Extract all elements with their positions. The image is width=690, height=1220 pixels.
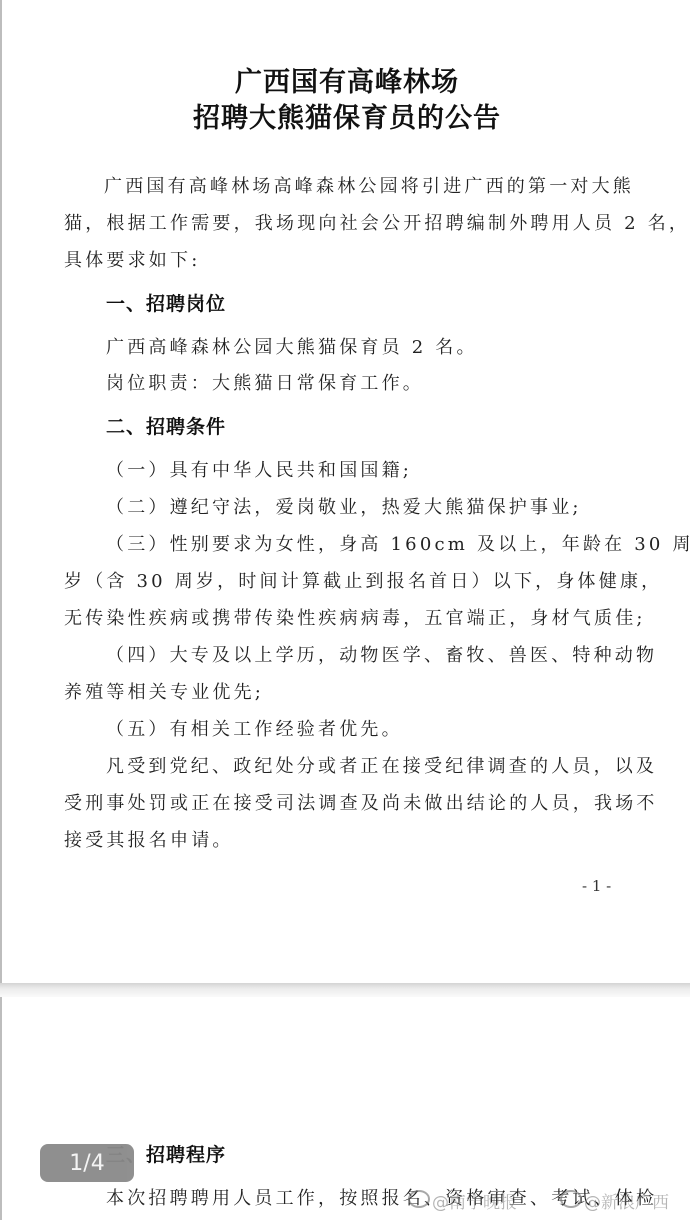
intro-line: 猫，根据工作需要，我场现向社会公开招聘编制外聘用人员 2 名， xyxy=(64,209,690,235)
condition-line: （五）有相关工作经验者优先。 xyxy=(106,715,403,741)
condition-line: 无传染性疾病或携带传染性疾病病毒，五官端正，身材气质佳; xyxy=(64,604,646,630)
intro-line: 广西国有高峰林场高峰森林公园将引进广西的第一对大熊 xyxy=(104,172,634,198)
watermark: @新浪广西 xyxy=(584,1188,669,1213)
document-page-2: 三、招聘程序 本次招聘聘用人员工作，按照报名、资格审查、考试、体检 xyxy=(0,997,690,1220)
condition-line: （三）性别要求为女性，身高 160cm 及以上，年龄在 30 周 xyxy=(106,530,690,556)
page-indicator: 1/4 xyxy=(40,1144,134,1182)
condition-line: （四）大专及以上学历，动物医学、畜牧、兽医、特种动物 xyxy=(106,641,657,667)
watermark: @南宁晚报 xyxy=(432,1188,517,1213)
weibo-icon xyxy=(408,1190,430,1208)
condition-line: 接受其报名申请。 xyxy=(64,826,234,852)
condition-line: 受刑事处罚或正在接受司法调查及尚未做出结论的人员，我场不 xyxy=(64,789,658,815)
section-line: 广西高峰森林公园大熊猫保育员 2 名。 xyxy=(106,333,478,359)
document-page-1: 广西国有高峰林场 招聘大熊猫保育员的公告 广西国有高峰林场高峰森林公园将引进广西… xyxy=(0,0,690,985)
page-number: - 1 - xyxy=(582,877,611,895)
intro-line: 具体要求如下: xyxy=(64,246,200,272)
condition-line: 养殖等相关专业优先; xyxy=(64,678,264,704)
condition-line: （二）遵纪守法，爱岗敬业，热爱大熊猫保护事业; xyxy=(106,493,582,519)
section-heading-positions: 一、招聘岗位 xyxy=(106,289,226,316)
document-title-line-2: 招聘大熊猫保育员的公告 xyxy=(2,96,690,135)
document-title-line-1: 广西国有高峰林场 xyxy=(2,60,690,99)
condition-line: （一）具有中华人民共和国国籍; xyxy=(106,456,412,482)
weibo-icon xyxy=(560,1190,582,1208)
section-heading-conditions: 二、招聘条件 xyxy=(106,412,226,439)
page-separator xyxy=(0,983,690,997)
section-line: 岗位职责：大熊猫日常保育工作。 xyxy=(106,369,424,395)
condition-line: 岁（含 30 周岁，时间计算截止到报名首日）以下，身体健康， xyxy=(64,567,662,593)
condition-line: 凡受到党纪、政纪处分或者正在接受纪律调查的人员，以及 xyxy=(106,752,657,778)
